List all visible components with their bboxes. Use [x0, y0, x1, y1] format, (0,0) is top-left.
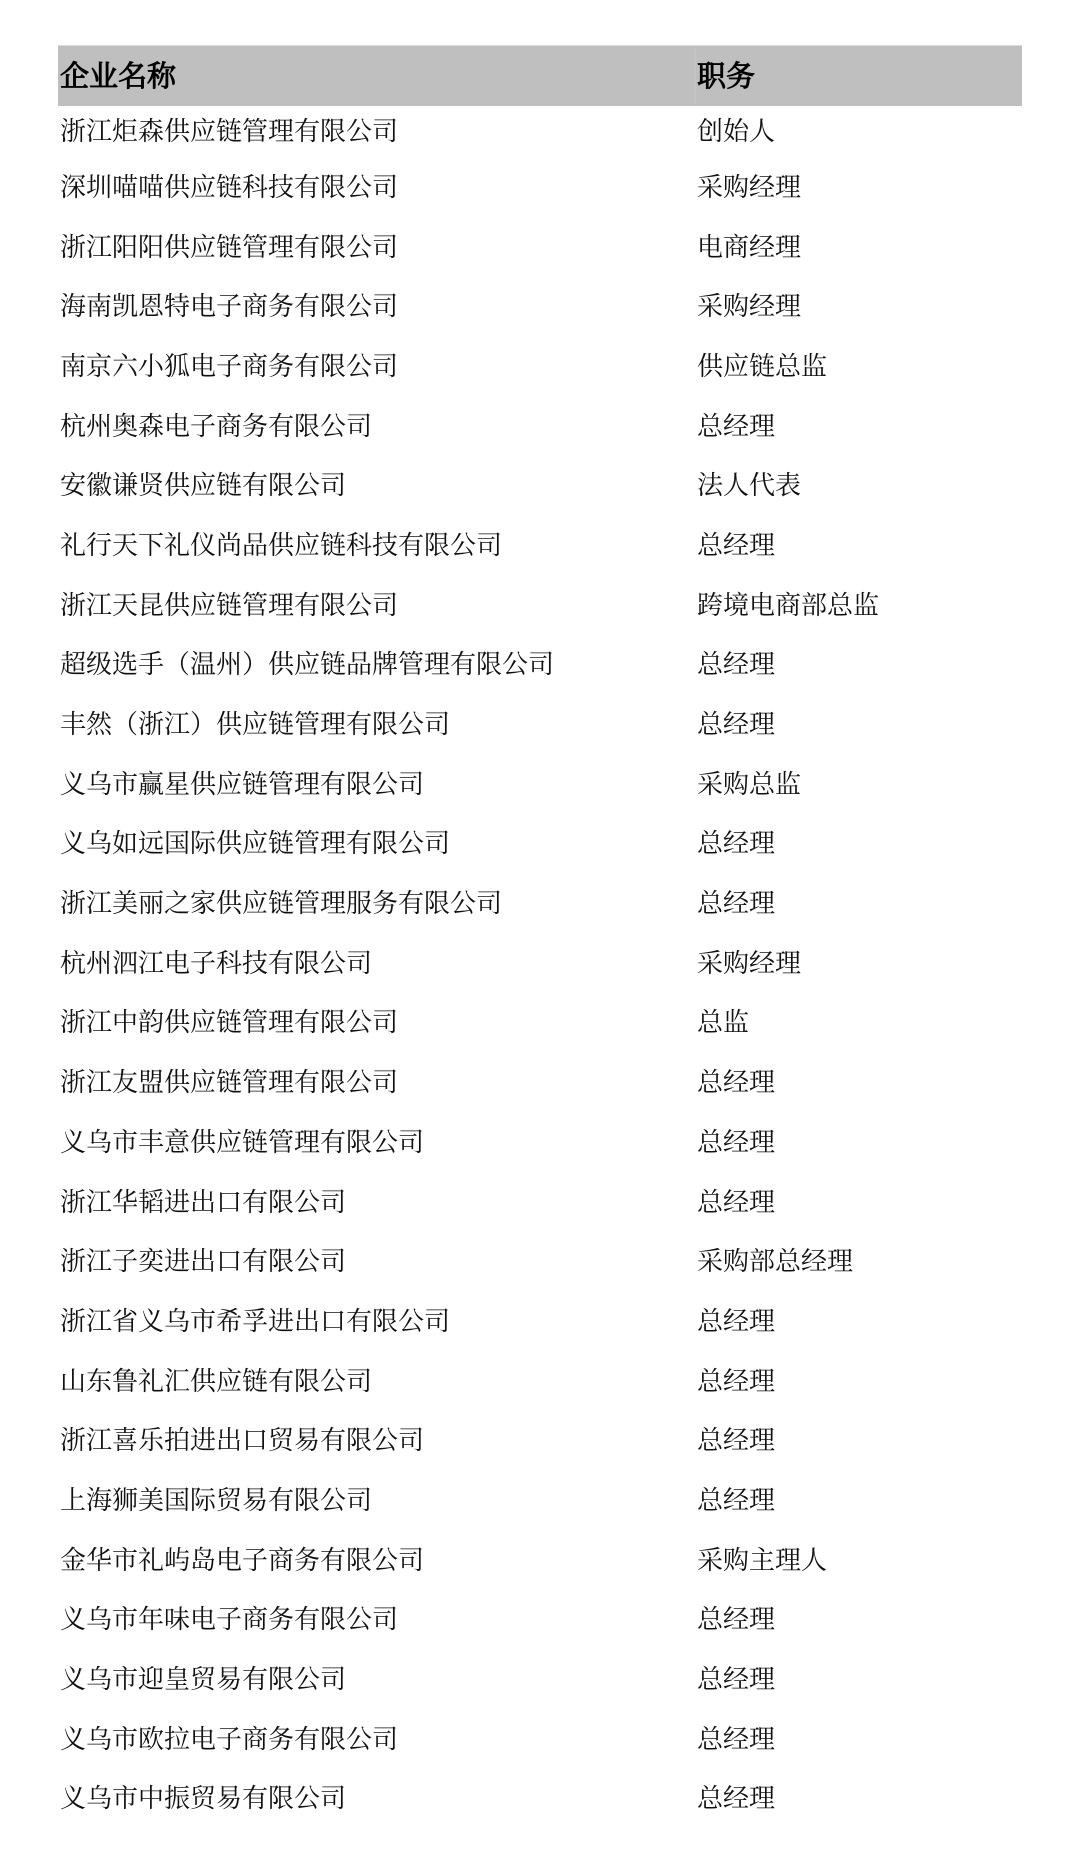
table-row: 浙江友盟供应链管理有限公司总经理	[58, 1053, 1022, 1113]
job-title-cell: 总经理	[696, 1426, 1022, 1456]
job-title-cell: 总经理	[696, 1367, 1022, 1397]
job-title-cell: 跨境电商部总监	[696, 591, 1022, 621]
table-row: 安徽谦贤供应链有限公司法人代表	[58, 456, 1022, 516]
table-row: 上海狮美国际贸易有限公司总经理	[58, 1471, 1022, 1531]
company-name-cell: 杭州泗江电子科技有限公司	[58, 949, 696, 979]
job-title-cell: 总监	[696, 1008, 1022, 1038]
table-row: 义乌如远国际供应链管理有限公司总经理	[58, 815, 1022, 875]
job-title-cell: 总经理	[696, 1068, 1022, 1098]
company-name-cell: 浙江喜乐拍进出口贸易有限公司	[58, 1426, 696, 1456]
job-title-cell: 总经理	[696, 829, 1022, 859]
company-name-cell: 安徽谦贤供应链有限公司	[58, 471, 696, 501]
company-name-cell: 浙江美丽之家供应链管理服务有限公司	[58, 889, 696, 919]
table-row: 浙江子奕进出口有限公司采购部总经理	[58, 1232, 1022, 1292]
company-name-cell: 浙江华韬进出口有限公司	[58, 1188, 696, 1218]
table-row: 浙江炬森供应链管理有限公司创始人	[58, 106, 1022, 158]
company-name-cell: 深圳喵喵供应链科技有限公司	[58, 173, 696, 203]
job-title-cell: 采购经理	[696, 173, 1022, 203]
job-title-cell: 总经理	[696, 1605, 1022, 1635]
company-name-cell: 义乌市丰意供应链管理有限公司	[58, 1128, 696, 1158]
job-title-cell: 总经理	[696, 650, 1022, 680]
header-job-title: 职务	[696, 46, 1022, 106]
company-name-cell: 超级选手（温州）供应链品牌管理有限公司	[58, 650, 696, 680]
table-row: 杭州泗江电子科技有限公司采购经理	[58, 934, 1022, 994]
company-name-cell: 浙江友盟供应链管理有限公司	[58, 1068, 696, 1098]
table-row: 浙江华韬进出口有限公司总经理	[58, 1173, 1022, 1233]
company-name-cell: 礼行天下礼仪尚品供应链科技有限公司	[58, 531, 696, 561]
company-name-cell: 山东鲁礼汇供应链有限公司	[58, 1367, 696, 1397]
job-title-cell: 总经理	[696, 710, 1022, 740]
company-name-cell: 海南凯恩特电子商务有限公司	[58, 292, 696, 322]
company-name-cell: 南京六小狐电子商务有限公司	[58, 352, 696, 382]
company-name-cell: 浙江阳阳供应链管理有限公司	[58, 233, 696, 263]
table-row: 礼行天下礼仪尚品供应链科技有限公司总经理	[58, 516, 1022, 576]
company-name-cell: 浙江子奕进出口有限公司	[58, 1247, 696, 1277]
job-title-cell: 总经理	[696, 1665, 1022, 1695]
job-title-cell: 采购经理	[696, 949, 1022, 979]
table-row: 浙江美丽之家供应链管理服务有限公司总经理	[58, 874, 1022, 934]
company-name-cell: 浙江中韵供应链管理有限公司	[58, 1008, 696, 1038]
header-company-name: 企业名称	[58, 46, 696, 106]
table-row: 山东鲁礼汇供应链有限公司总经理	[58, 1352, 1022, 1412]
table-row: 义乌市丰意供应链管理有限公司总经理	[58, 1113, 1022, 1173]
table-row: 海南凯恩特电子商务有限公司采购经理	[58, 277, 1022, 337]
table-row: 义乌市赢星供应链管理有限公司采购总监	[58, 755, 1022, 815]
job-title-cell: 总经理	[696, 1128, 1022, 1158]
company-name-cell: 浙江省义乌市希孚进出口有限公司	[58, 1307, 696, 1337]
company-name-cell: 义乌市中振贸易有限公司	[58, 1784, 696, 1814]
job-title-cell: 创始人	[696, 117, 1022, 147]
table-row: 杭州奥森电子商务有限公司总经理	[58, 397, 1022, 457]
job-title-cell: 采购经理	[696, 292, 1022, 322]
job-title-cell: 供应链总监	[696, 352, 1022, 382]
table-row: 浙江喜乐拍进出口贸易有限公司总经理	[58, 1411, 1022, 1471]
table-row: 义乌市欧拉电子商务有限公司总经理	[58, 1710, 1022, 1770]
job-title-cell: 总经理	[696, 1784, 1022, 1814]
table-row: 浙江省义乌市希孚进出口有限公司总经理	[58, 1292, 1022, 1352]
job-title-cell: 总经理	[696, 531, 1022, 561]
company-name-cell: 丰然（浙江）供应链管理有限公司	[58, 710, 696, 740]
table-row: 金华市礼屿岛电子商务有限公司采购主理人	[58, 1531, 1022, 1591]
company-name-cell: 义乌市迎皇贸易有限公司	[58, 1665, 696, 1695]
company-name-cell: 义乌市赢星供应链管理有限公司	[58, 770, 696, 800]
company-name-cell: 义乌如远国际供应链管理有限公司	[58, 829, 696, 859]
company-name-cell: 杭州奥森电子商务有限公司	[58, 412, 696, 442]
job-title-cell: 采购主理人	[696, 1546, 1022, 1576]
table-row: 浙江中韵供应链管理有限公司总监	[58, 994, 1022, 1054]
job-title-cell: 采购总监	[696, 770, 1022, 800]
table-row: 义乌市迎皇贸易有限公司总经理	[58, 1650, 1022, 1710]
table-row: 深圳喵喵供应链科技有限公司采购经理	[58, 158, 1022, 218]
table-body: 浙江炬森供应链管理有限公司创始人深圳喵喵供应链科技有限公司采购经理浙江阳阳供应链…	[58, 106, 1022, 1829]
company-name-cell: 金华市礼屿岛电子商务有限公司	[58, 1546, 696, 1576]
company-name-cell: 义乌市年味电子商务有限公司	[58, 1605, 696, 1635]
table-row: 义乌市年味电子商务有限公司总经理	[58, 1591, 1022, 1651]
company-name-cell: 上海狮美国际贸易有限公司	[58, 1486, 696, 1516]
job-title-cell: 总经理	[696, 1307, 1022, 1337]
table-row: 浙江阳阳供应链管理有限公司电商经理	[58, 218, 1022, 278]
job-title-cell: 法人代表	[696, 471, 1022, 501]
table-row: 丰然（浙江）供应链管理有限公司总经理	[58, 695, 1022, 755]
job-title-cell: 总经理	[696, 889, 1022, 919]
company-name-cell: 浙江天昆供应链管理有限公司	[58, 591, 696, 621]
table-row: 南京六小狐电子商务有限公司供应链总监	[58, 337, 1022, 397]
job-title-cell: 总经理	[696, 412, 1022, 442]
company-name-cell: 义乌市欧拉电子商务有限公司	[58, 1725, 696, 1755]
job-title-cell: 总经理	[696, 1188, 1022, 1218]
table-row: 义乌市中振贸易有限公司总经理	[58, 1770, 1022, 1830]
job-title-cell: 采购部总经理	[696, 1247, 1022, 1277]
job-title-cell: 电商经理	[696, 233, 1022, 263]
job-title-cell: 总经理	[696, 1725, 1022, 1755]
table-row: 浙江天昆供应链管理有限公司跨境电商部总监	[58, 576, 1022, 636]
company-title-table: 企业名称 职务 浙江炬森供应链管理有限公司创始人深圳喵喵供应链科技有限公司采购经…	[58, 45, 1022, 1829]
table-header-row: 企业名称 职务	[58, 45, 1022, 106]
company-name-cell: 浙江炬森供应链管理有限公司	[58, 117, 696, 147]
table-row: 超级选手（温州）供应链品牌管理有限公司总经理	[58, 636, 1022, 696]
job-title-cell: 总经理	[696, 1486, 1022, 1516]
